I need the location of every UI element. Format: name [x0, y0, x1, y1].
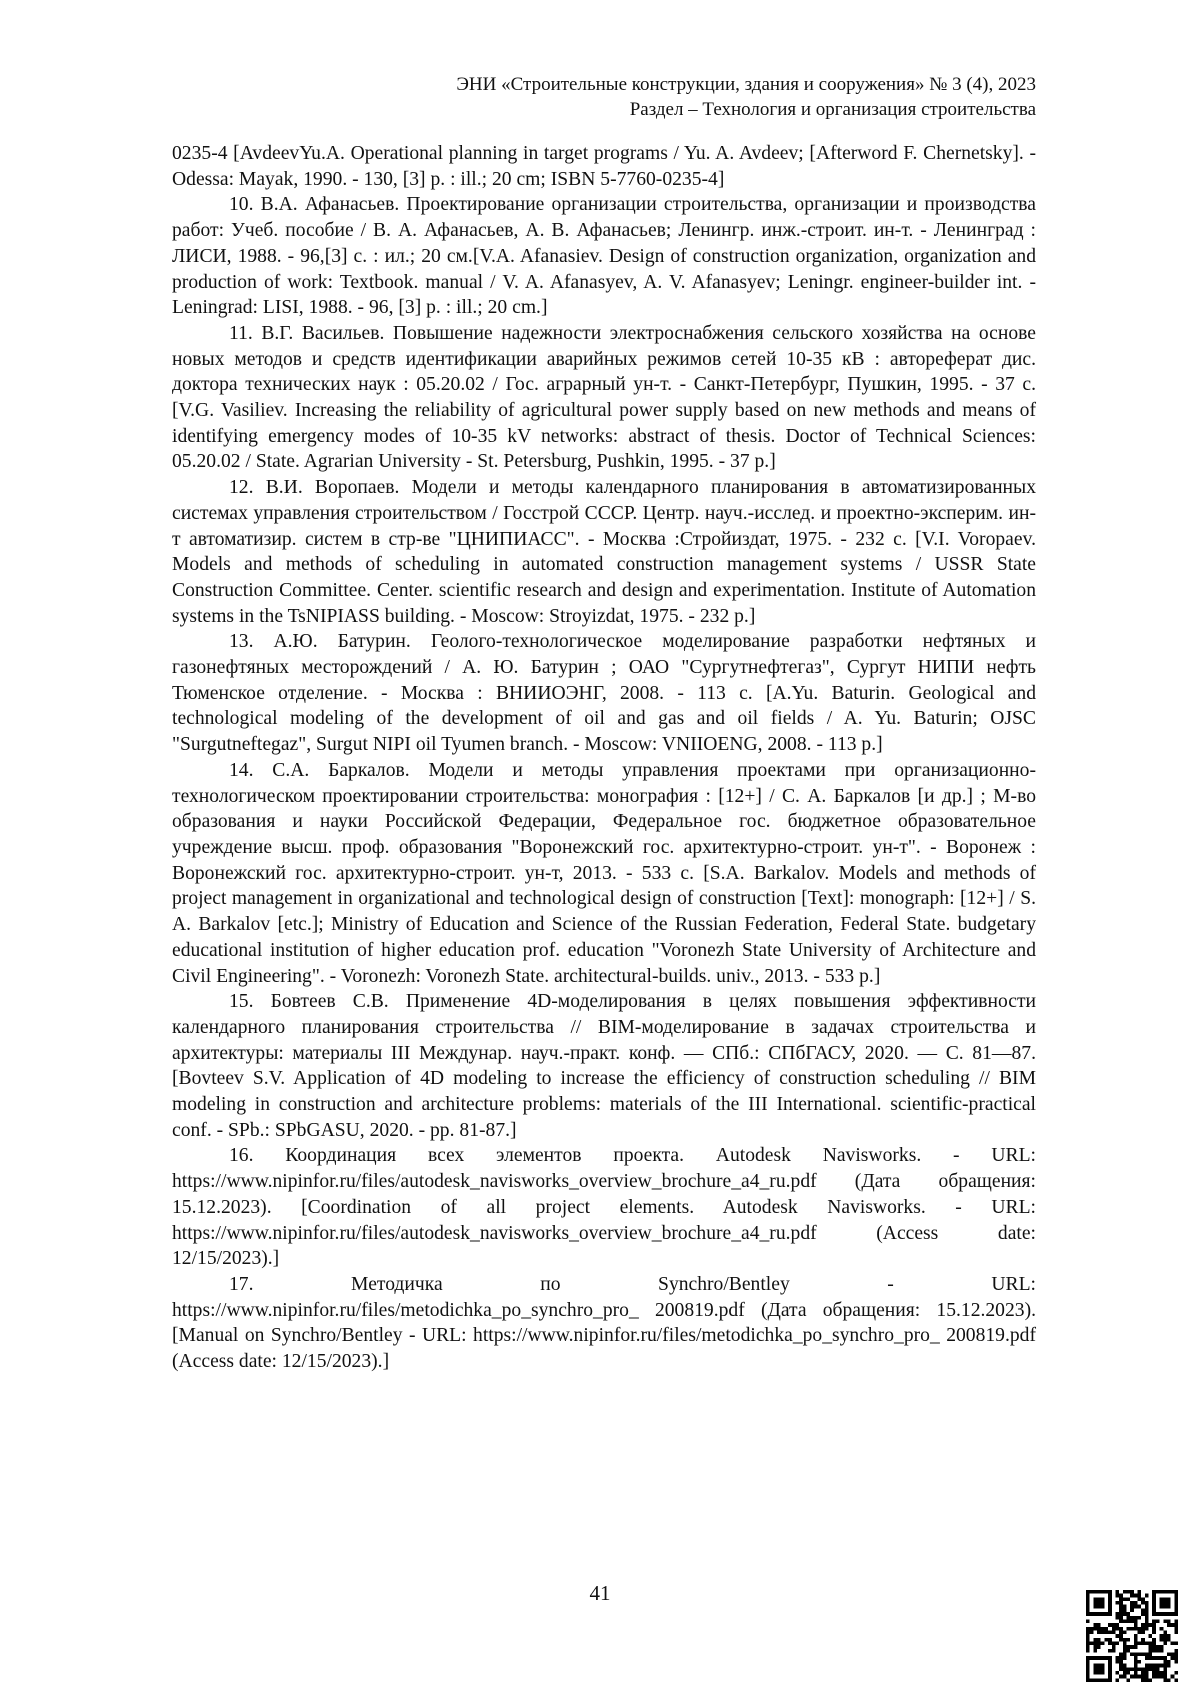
reference-item-13: 13. А.Ю. Батурин. Геолого-технологическо… [172, 629, 1036, 758]
reference-list: 0235-4 [AvdeevYu.A. Operational planning… [172, 141, 1036, 1375]
reference-item-15: 15. Бовтеев С.В. Применение 4D-моделиров… [172, 989, 1036, 1143]
journal-title: ЭНИ «Строительные конструкции, здания и … [456, 72, 1036, 97]
reference-item-10: 10. В.А. Афанасьев. Проектирование орган… [172, 192, 1036, 321]
qr-code-icon [1086, 1588, 1178, 1684]
reference-item-16: 16. Координация всех элементов проекта. … [172, 1143, 1036, 1272]
reference-item-17: 17. Методичка по Synchro/Bentley - URL: … [172, 1272, 1036, 1375]
section-title: Раздел – Технология и организация строит… [456, 97, 1036, 122]
reference-item-14: 14. С.А. Баркалов. Модели и методы управ… [172, 758, 1036, 989]
page-number: 41 [0, 1581, 1200, 1606]
document-page: ЭНИ «Строительные конструкции, здания и … [0, 0, 1200, 1697]
reference-continuation: 0235-4 [AvdeevYu.A. Operational planning… [172, 141, 1036, 192]
reference-item-11: 11. В.Г. Васильев. Повышение надежности … [172, 321, 1036, 475]
running-header: ЭНИ «Строительные конструкции, здания и … [456, 72, 1036, 122]
reference-item-12: 12. В.И. Воропаев. Модели и методы кален… [172, 475, 1036, 629]
